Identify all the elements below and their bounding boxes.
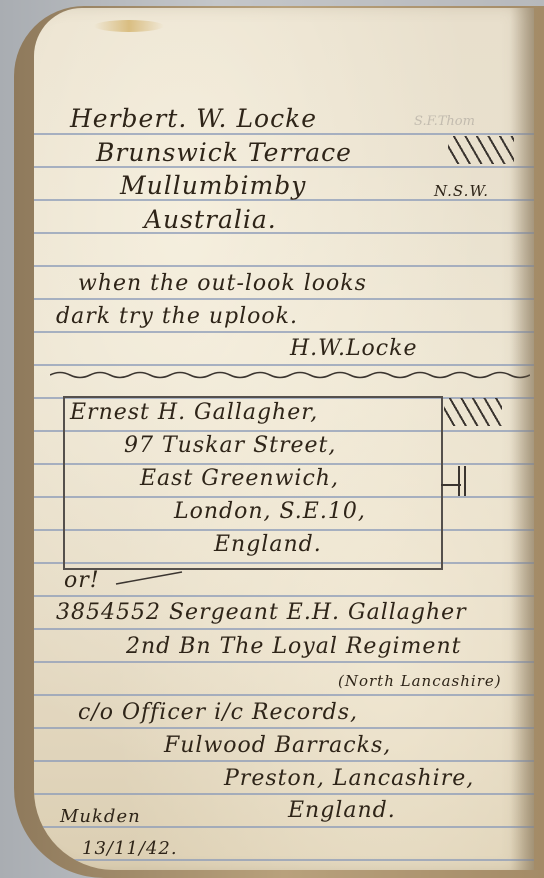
ruled-line	[34, 760, 534, 762]
entry2-name: Ernest H. Gallagher,	[70, 400, 318, 425]
entry2-district: East Greenwich,	[140, 466, 339, 491]
faint-bleed-text: S.F.Thom	[414, 114, 475, 129]
ruled-line	[34, 661, 534, 663]
hatch-mark	[448, 136, 514, 164]
entry3-service-line: 3854552 Sergeant E.H. Gallagher	[56, 600, 467, 625]
ruled-line	[34, 265, 534, 267]
entry1-state: N.S.W.	[434, 182, 489, 200]
ruled-line	[34, 298, 534, 300]
tally-mark	[458, 466, 460, 496]
or-mark-stroke	[114, 570, 184, 586]
entry1-street: Brunswick Terrace	[96, 138, 352, 167]
entry2-city: London, S.E.10,	[174, 499, 366, 524]
entry3-care-of: c/o Officer i/c Records,	[78, 700, 358, 725]
place-written: Mukden	[60, 806, 141, 827]
or-mark: or!	[64, 568, 100, 593]
tally-mark	[464, 466, 466, 496]
ruled-line	[34, 133, 534, 135]
wavy-divider	[50, 370, 530, 380]
entry1-name: Herbert. W. Locke	[70, 104, 317, 133]
ruled-line	[34, 364, 534, 366]
entry2-country: England.	[214, 532, 322, 557]
quote-line-2: dark try the uplook.	[56, 304, 298, 329]
ruled-line	[34, 232, 534, 234]
entry2-street: 97 Tuskar Street,	[124, 433, 336, 458]
ruled-line	[34, 859, 534, 861]
ruled-line	[34, 793, 534, 795]
ruled-line	[34, 727, 534, 729]
page-gutter-shadow	[510, 8, 534, 870]
entry3-country: England.	[288, 798, 396, 823]
entry1-town: Mullumbimby	[120, 171, 306, 200]
entry3-unit-sub: (North Lancashire)	[338, 672, 502, 690]
ruled-line	[34, 628, 534, 630]
ruled-line	[34, 595, 534, 597]
entry3-unit: 2nd Bn The Loyal Regiment	[126, 634, 461, 659]
page-crease	[94, 20, 164, 32]
ruled-line	[34, 694, 534, 696]
notebook-page: S.F.Thom Herbert. W. Locke Brunswick Ter…	[34, 8, 534, 870]
date-written: 13/11/42.	[82, 838, 178, 859]
entry3-town: Preston, Lancashire,	[224, 766, 474, 791]
ruled-line	[34, 331, 534, 333]
quote-signature: H.W.Locke	[290, 336, 417, 361]
hatch-mark	[444, 398, 502, 426]
entry1-country: Australia.	[144, 205, 277, 234]
entry3-barracks: Fulwood Barracks,	[164, 733, 391, 758]
quote-line-1: when the out-look looks	[78, 271, 367, 296]
